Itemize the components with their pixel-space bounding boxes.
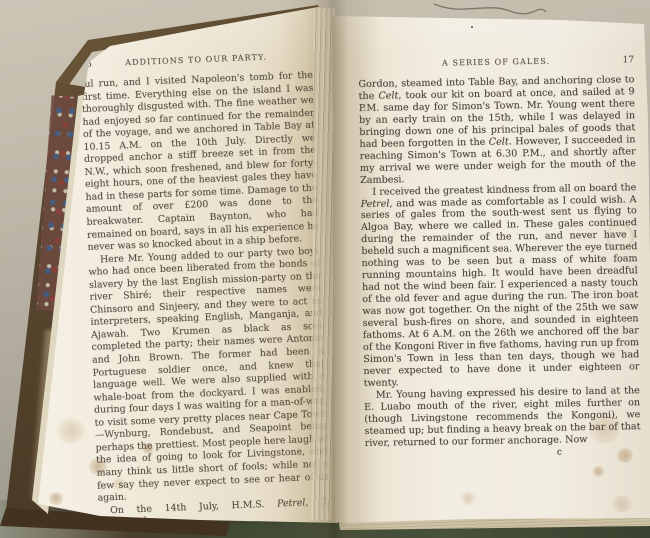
stray-thread bbox=[428, 0, 548, 20]
paragraph: Here Mr. Young added to our party two bo… bbox=[88, 245, 330, 505]
paragraph: Mr. Young having expressed his desire to… bbox=[364, 385, 641, 450]
right-page-text: A SERIES OF GALES. 17 Gordon, steamed in… bbox=[358, 55, 641, 460]
speck bbox=[471, 26, 473, 28]
foxing-spot bbox=[48, 492, 64, 505]
speck bbox=[136, 29, 139, 32]
right-running-head-row: A SERIES OF GALES. 17 bbox=[358, 55, 634, 70]
left-running-head: ADDITIONS TO OUR PARTY. bbox=[114, 52, 278, 68]
photograph-of-open-book: 16 ADDITIONS TO OUR PARTY. ful run, and … bbox=[0, 0, 650, 538]
paragraph: I received the greatest kindness from al… bbox=[360, 182, 640, 390]
foxing-spot bbox=[610, 496, 634, 512]
left-page-body: ful run, and I visited Napoleon's tomb f… bbox=[81, 70, 331, 531]
paragraph: Gordon, steamed into Table Bay, and anch… bbox=[358, 74, 636, 186]
right-page-number: 17 bbox=[600, 55, 634, 66]
foxing-spot bbox=[592, 466, 605, 477]
gutter-page-edges bbox=[310, 8, 335, 520]
right-running-head: A SERIES OF GALES. bbox=[392, 56, 600, 69]
foxing-spot bbox=[460, 492, 476, 505]
foxing-spot bbox=[56, 418, 86, 444]
left-page-text: 16 ADDITIONS TO OUR PARTY. ful run, and … bbox=[80, 51, 331, 531]
paragraph: ful run, and I visited Napoleon's tomb f… bbox=[81, 70, 320, 255]
left-running-head-row: 16 ADDITIONS TO OUR PARTY. bbox=[80, 51, 312, 70]
right-page-body: Gordon, steamed into Table Bay, and anch… bbox=[358, 74, 640, 449]
